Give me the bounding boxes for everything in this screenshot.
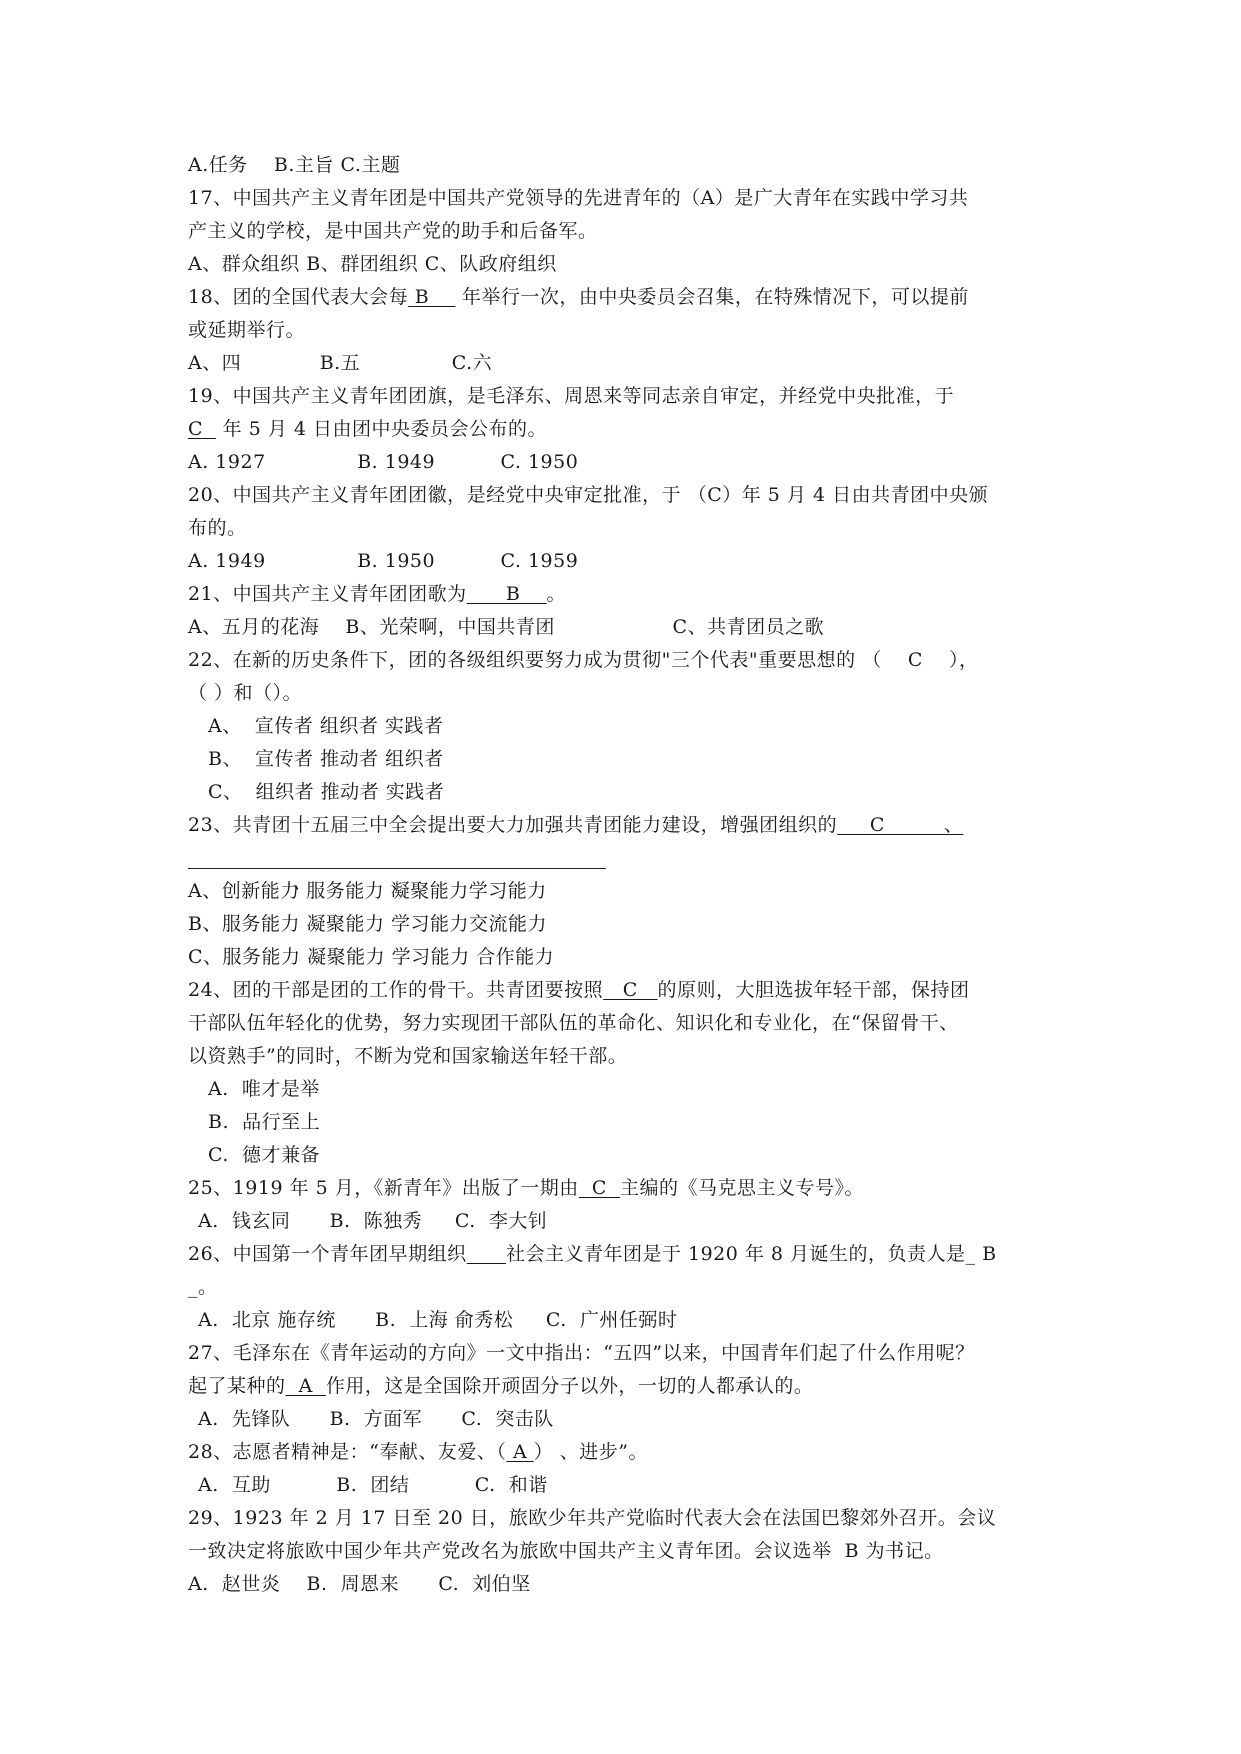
text-line: A、群众组织 B、群团组织 C、队政府组织 [188, 252, 557, 276]
line-text: B、服务能力 凝聚能力 学习能力交流能力 [188, 913, 547, 935]
line-text: 29、1923 年 2 月 17 日至 20 日，旅欧少年共产党临时代表大会在法… [188, 1507, 996, 1529]
text-line: （ ）和（）。 [188, 681, 302, 705]
line-text: _。 [188, 1276, 218, 1298]
line-text: 主编的《马克思主义专号》。 [620, 1177, 864, 1199]
document-page: A.任务 B.主旨 C.主题17、中国共产主义青年团是中国共产党领导的先进青年的… [0, 0, 1241, 1754]
text-line: 一致决定将旅欧中国少年共产党改名为旅欧中国共产主义青年团。会议选举 B 为书记。 [188, 1539, 944, 1563]
answer-blank: A [506, 1441, 533, 1463]
text-line: 17、中国共产主义青年团是中国共产党领导的先进青年的（A）是广大青年在实践中学习… [188, 186, 968, 210]
line-text: 社会主义青年团是于 1920 年 8 月诞生的，负责人是_ B [506, 1243, 997, 1265]
text-line: 22、在新的历史条件下，团的各级组织要努力成为贯彻"三个代表"重要思想的 （ C… [188, 648, 979, 672]
line-text: A、 宣传者 组织者 实践者 [208, 715, 443, 737]
line-text: （ ）和（）。 [188, 682, 302, 704]
line-text: 或延期举行。 [188, 319, 305, 341]
line-text: 24、团的干部是团的工作的骨干。共青团要按照 [188, 979, 603, 1001]
text-line: A. 1927 B. 1949 C. 1950 [188, 450, 578, 474]
line-text: 22、在新的历史条件下，团的各级组织要努力成为贯彻"三个代表"重要思想的 （ C… [188, 649, 979, 671]
line-text: B. 品行至上 [208, 1111, 320, 1133]
text-line: 23、共青团十五届三中全会提出要大力加强共青团能力建设，增强团组织的 C 、 [188, 813, 963, 837]
answer-blank: C [603, 979, 657, 1001]
line-text: A、群众组织 B、群团组织 C、队政府组织 [188, 253, 557, 275]
text-line: C 年 5 月 4 日由团中央委员会公布的。 [188, 417, 547, 441]
text-line: B. 品行至上 [208, 1110, 320, 1134]
text-line: A、四 B.五 C.六 [188, 351, 492, 375]
text-line: A. 北京 施存统 B. 上海 俞秀松 C. 广州任弼时 [198, 1308, 677, 1332]
text-line: 29、1923 年 2 月 17 日至 20 日，旅欧少年共产党临时代表大会在法… [188, 1506, 996, 1530]
line-text: 20、中国共产主义青年团团徽，是经党中央审定批准，于 （C）年 5 月 4 日由… [188, 484, 988, 506]
text-line: A. 先锋队 B. 方面军 C. 突击队 [198, 1407, 554, 1431]
text-line: B、 宣传者 推动者 组织者 [208, 747, 444, 771]
line-text: 起了某种的 [188, 1375, 286, 1397]
line-text: A. 1927 B. 1949 C. 1950 [188, 451, 578, 473]
text-line: A. 赵世炎 B. 周恩来 C. 刘伯坚 [188, 1572, 531, 1596]
text-line: A.任务 B.主旨 C.主题 [188, 153, 400, 177]
line-text: 产主义的学校，是中国共产党的助手和后备军。 [188, 220, 598, 242]
line-text: 23、共青团十五届三中全会提出要大力加强共青团能力建设，增强团组织的 [188, 814, 837, 836]
q23-blank-underline [188, 868, 606, 869]
line-text: C. 德才兼备 [208, 1144, 320, 1166]
line-text: A. 赵世炎 B. 周恩来 C. 刘伯坚 [188, 1573, 531, 1595]
line-text: A. 唯才是举 [208, 1078, 320, 1100]
text-line: A. 1949 B. 1950 C. 1959 [188, 549, 578, 573]
text-line: 19、中国共产主义青年团团旗，是毛泽东、周恩来等同志亲自审定，并经党中央批准，于 [188, 384, 954, 408]
answer-blank [467, 1243, 506, 1265]
text-line: 21、中国共产主义青年团团歌为 B 。 [188, 582, 566, 606]
line-text: 28、志愿者精神是：“奉献、友爱、（ [188, 1441, 506, 1463]
line-text: C、服务能力 凝聚能力 学习能力 合作能力 [188, 946, 554, 968]
line-text: A、四 B.五 C.六 [188, 352, 492, 374]
line-text: A. 1949 B. 1950 C. 1959 [188, 550, 578, 572]
q23-answer-blanks: 、 、 [188, 846, 588, 870]
line-text: ） 、进步”。 [534, 1441, 648, 1463]
text-line: 24、团的干部是团的工作的骨干。共青团要按照 C 的原则，大胆选拔年轻干部，保持… [188, 978, 969, 1002]
line-text: 。 [547, 583, 567, 605]
line-text: A. 钱玄同 B. 陈独秀 C. 李大钊 [198, 1210, 547, 1232]
text-line: A、 宣传者 组织者 实践者 [208, 714, 443, 738]
text-line: C、 组织者 推动者 实践者 [208, 780, 444, 804]
text-line: B、服务能力 凝聚能力 学习能力交流能力 [188, 912, 547, 936]
line-text: C、 组织者 推动者 实践者 [208, 781, 444, 803]
text-line: _。 [188, 1275, 218, 1299]
line-text: 27、毛泽东在《青年运动的方向》一文中指出：“五四”以来，中国青年们起了什么作用… [188, 1342, 975, 1364]
text-line: 干部队伍年轻化的优势，努力实现团干部队伍的革命化、知识化和专业化，在“保留骨干、 [188, 1011, 959, 1035]
line-text: A. 先锋队 B. 方面军 C. 突击队 [198, 1408, 554, 1430]
text-line: 25、1919 年 5 月，《新青年》出版了一期由 C 主编的《马克思主义专号》… [188, 1176, 864, 1200]
line-text: 17、中国共产主义青年团是中国共产党领导的先进青年的（A）是广大青年在实践中学习… [188, 187, 968, 209]
text-line: A. 唯才是举 [208, 1077, 320, 1101]
answer-blank: C 、 [837, 814, 963, 836]
text-line: 27、毛泽东在《青年运动的方向》一文中指出：“五四”以来，中国青年们起了什么作用… [188, 1341, 975, 1365]
answer-blank: C [188, 418, 216, 440]
line-text: 年 5 月 4 日由团中央委员会公布的。 [216, 418, 547, 440]
line-text: 一致决定将旅欧中国少年共产党改名为旅欧中国共产主义青年团。会议选举 B 为书记。 [188, 1540, 944, 1562]
line-text: 21、中国共产主义青年团团歌为 [188, 583, 467, 605]
line-text: 19、中国共产主义青年团团旗，是毛泽东、周恩来等同志亲自审定，并经党中央批准，于 [188, 385, 954, 407]
answer-blank: A [286, 1375, 326, 1397]
line-text: 25、1919 年 5 月，《新青年》出版了一期由 [188, 1177, 579, 1199]
text-line: 产主义的学校，是中国共产党的助手和后备军。 [188, 219, 598, 243]
line-text: 年举行一次，由中央委员会召集，在特殊情况下，可以提前 [455, 286, 969, 308]
text-line: 起了某种的 A 作用，这是全国除开顽固分子以外，一切的人都承认的。 [188, 1374, 813, 1398]
answer-blank: B [408, 286, 455, 308]
answer-blank: B [467, 583, 547, 605]
line-text: 作用，这是全国除开顽固分子以外，一切的人都承认的。 [326, 1375, 814, 1397]
answer-blank: C [579, 1177, 620, 1199]
line-text: A. 北京 施存统 B. 上海 俞秀松 C. 广州任弼时 [198, 1309, 677, 1331]
line-text: 以资熟手”的同时，不断为党和国家输送年轻干部。 [188, 1045, 627, 1067]
text-line: C. 德才兼备 [208, 1143, 320, 1167]
text-line: C、服务能力 凝聚能力 学习能力 合作能力 [188, 945, 554, 969]
line-text: 26、中国第一个青年团早期组织 [188, 1243, 467, 1265]
text-line: 布的。 [188, 516, 247, 540]
text-line: A. 互助 B. 团结 C. 和谐 [198, 1473, 548, 1497]
line-text: B、 宣传者 推动者 组织者 [208, 748, 444, 770]
text-line: 20、中国共产主义青年团团徽，是经党中央审定批准，于 （C）年 5 月 4 日由… [188, 483, 988, 507]
text-line: A、五月的花海 B、光荣啊，中国共青团 C、共青团员之歌 [188, 615, 824, 639]
text-line: 18、团的全国代表大会每 B 年举行一次，由中央委员会召集，在特殊情况下，可以提… [188, 285, 969, 309]
text-line: A. 钱玄同 B. 陈独秀 C. 李大钊 [198, 1209, 547, 1233]
line-text: A、五月的花海 B、光荣啊，中国共青团 C、共青团员之歌 [188, 616, 824, 638]
line-text: 布的。 [188, 517, 247, 539]
text-line: 以资熟手”的同时，不断为党和国家输送年轻干部。 [188, 1044, 627, 1068]
blank-separators: 、 、 [201, 871, 410, 893]
line-text: A.任务 B.主旨 C.主题 [188, 154, 400, 176]
text-line: 26、中国第一个青年团早期组织 社会主义青年团是于 1920 年 8 月诞生的，… [188, 1242, 997, 1266]
line-text: 的原则，大胆选拔年轻干部，保持团 [657, 979, 969, 1001]
line-text: 干部队伍年轻化的优势，努力实现团干部队伍的革命化、知识化和专业化，在“保留骨干、 [188, 1012, 959, 1034]
line-text: 18、团的全国代表大会每 [188, 286, 408, 308]
line-text: A. 互助 B. 团结 C. 和谐 [198, 1474, 548, 1496]
text-line: 或延期举行。 [188, 318, 305, 342]
text-line: 28、志愿者精神是：“奉献、友爱、（ A ） 、进步”。 [188, 1440, 648, 1464]
